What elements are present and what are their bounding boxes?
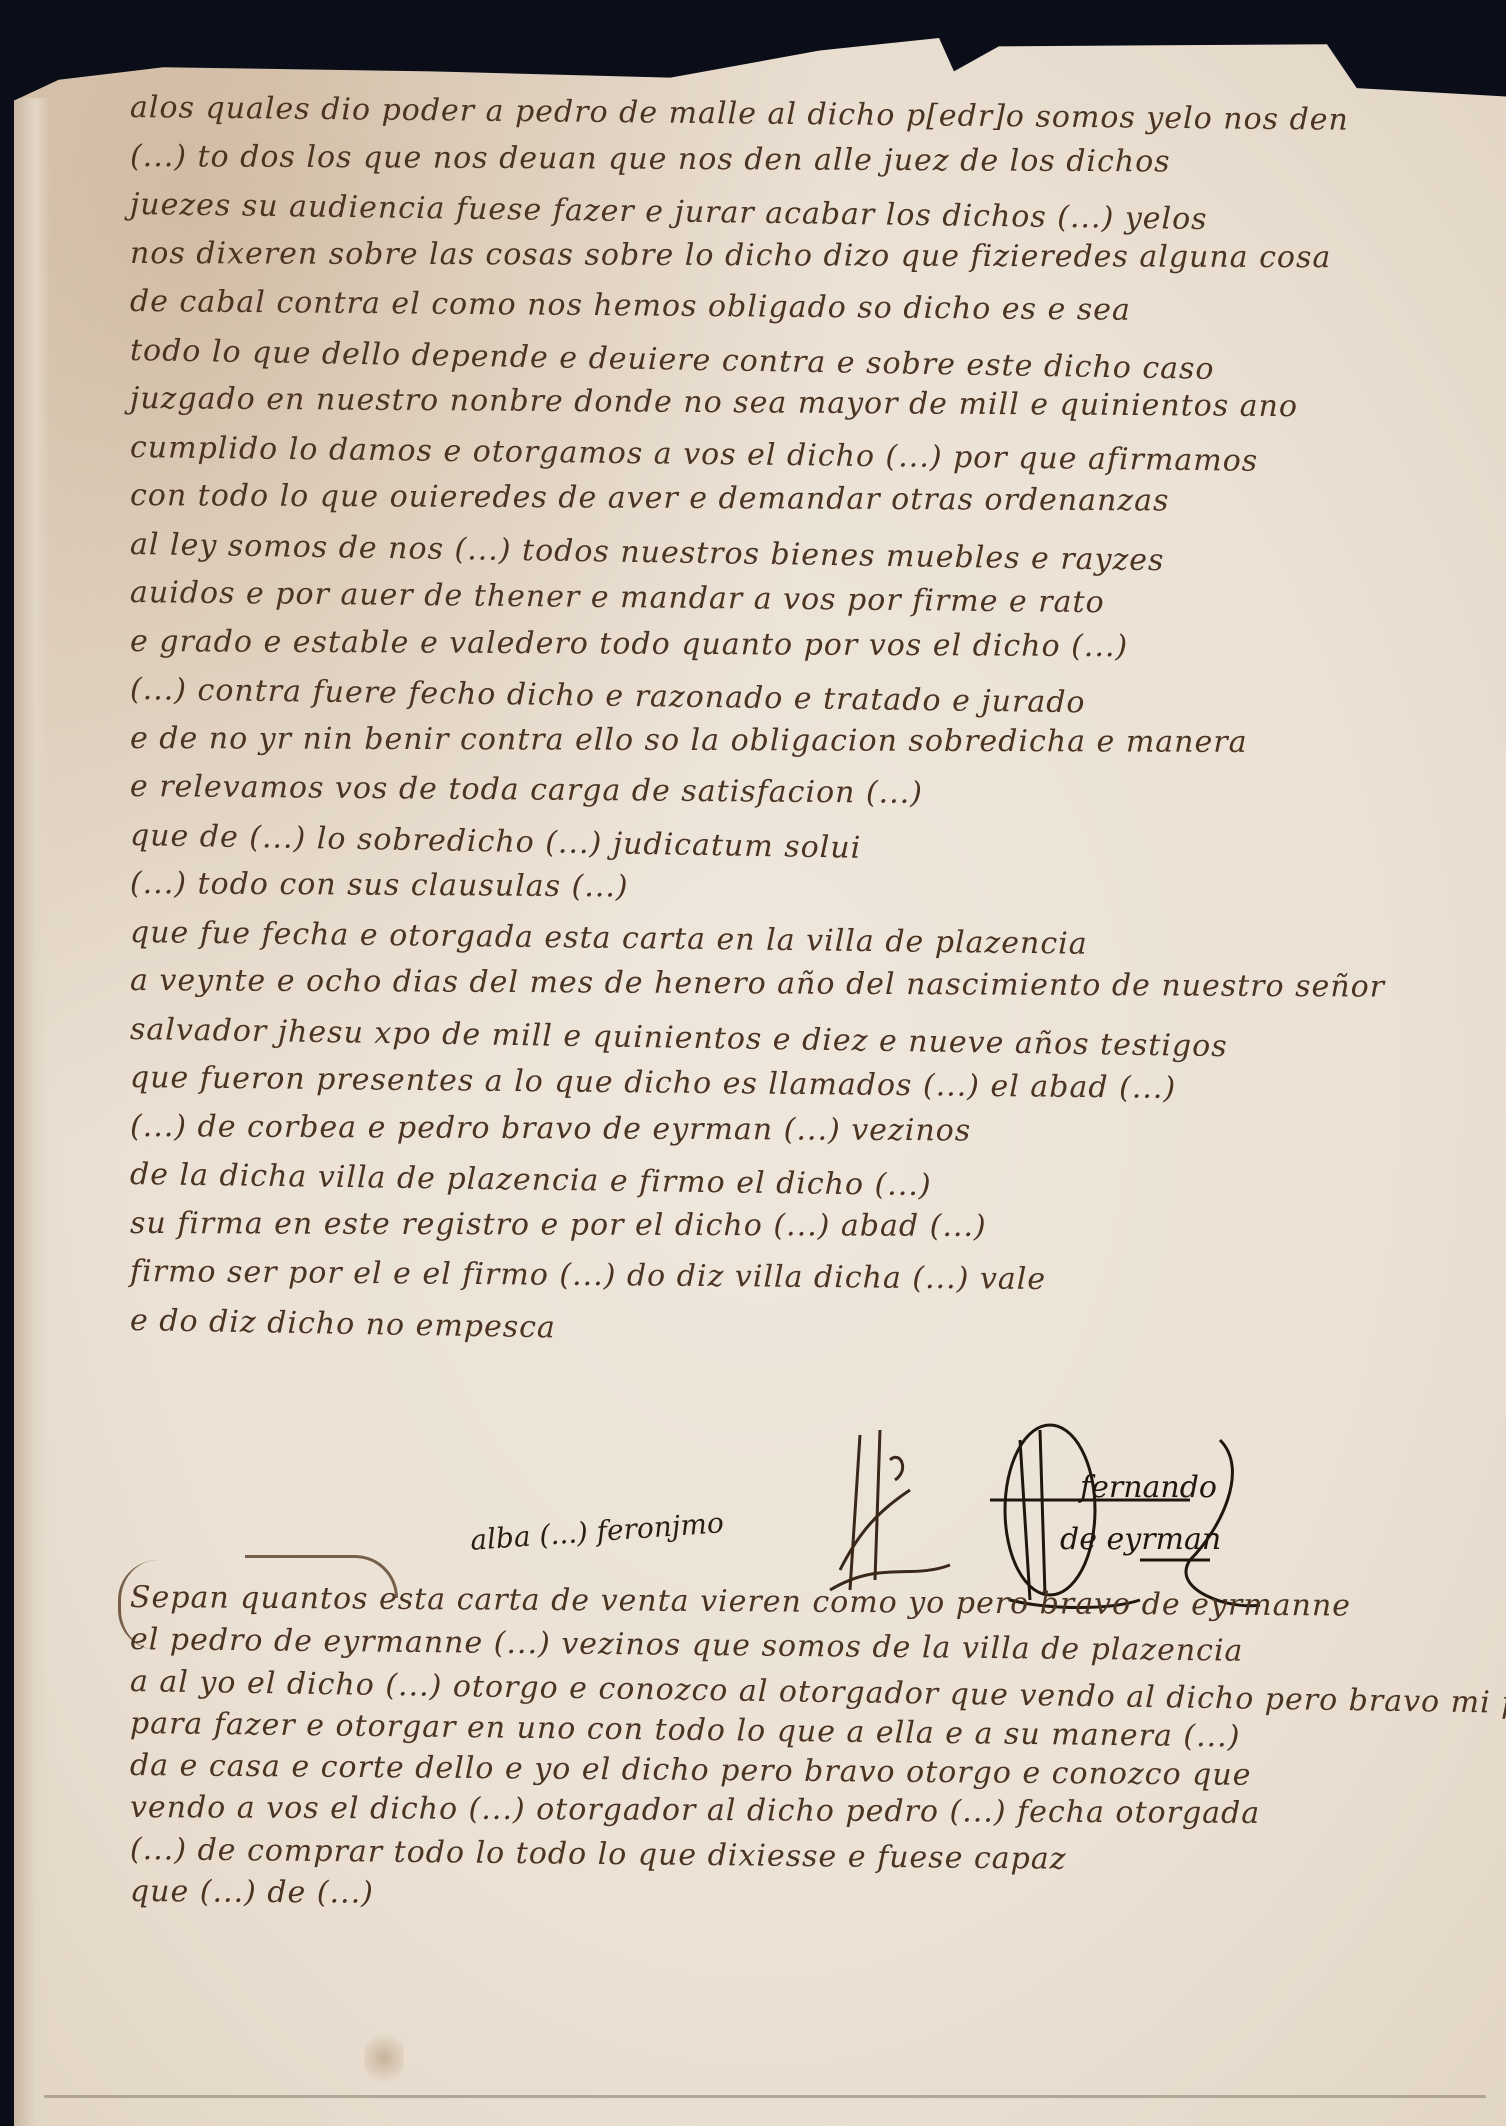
manuscript-line: (...) to dos los que nos deuan que nos d… <box>130 139 1171 179</box>
manuscript-line: nos dixeren sobre las cosas sobre lo dic… <box>130 236 1331 275</box>
flourish-icon <box>820 1430 960 1600</box>
manuscript-line: a veynte e ocho dias del mes de henero a… <box>130 963 1385 1005</box>
manuscript-line: vendo a vos el dicho (...) otorgador al … <box>130 1790 1260 1831</box>
manuscript-line: e grado e estable e valedero todo quanto… <box>130 624 1128 664</box>
notarial-flourish-left <box>820 1430 960 1600</box>
signature-text-line-2: de eyrman <box>1060 1522 1221 1557</box>
manuscript-line: e de no yr nin benir contra ello so la o… <box>130 721 1248 760</box>
page-left-edge <box>14 98 50 2126</box>
manuscript-line: e relevamos vos de toda carga de satisfa… <box>130 769 923 811</box>
manuscript-line: (...) todo con sus clausulas (...) <box>130 866 629 904</box>
manuscript-line: e do diz dicho no empesca <box>130 1303 556 1345</box>
manuscript-line: que (...) de (...) <box>130 1874 374 1911</box>
manuscript-line: con todo lo que ouieredes de aver e dema… <box>130 478 1170 518</box>
ink-stain <box>364 2028 404 2088</box>
signature-text-line-1: fernando <box>1080 1470 1217 1505</box>
manuscript-line: su firma en este registro e por el dicho… <box>130 1206 987 1244</box>
manuscript-line: (...) de corbea e pedro bravo de eyrman … <box>130 1109 971 1148</box>
page-crease <box>44 2095 1486 2098</box>
